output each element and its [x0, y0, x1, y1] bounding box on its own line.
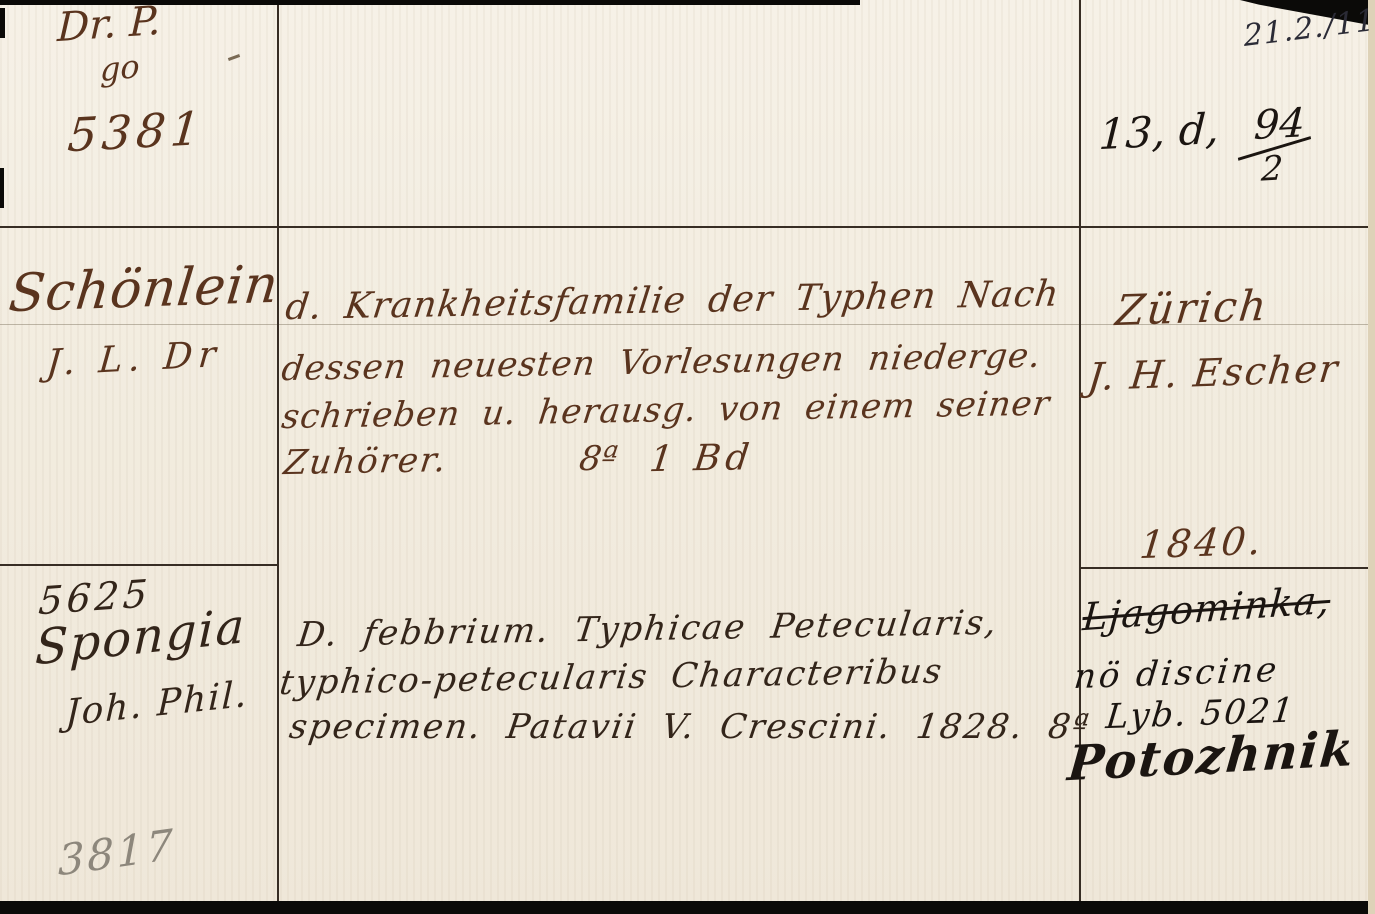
entry2-title-line2: typhico-petecularis Characteribus: [278, 654, 945, 700]
entry1-number: 5381: [66, 105, 207, 158]
shelfmark-prefix: 13, d,: [1098, 104, 1221, 160]
scan-nick-left-2: [0, 168, 4, 208]
entry1-extent: 1 Bd: [648, 440, 756, 478]
entry1-author-initials: J. L. Dr: [45, 337, 223, 382]
entry1-format: 8ª: [577, 442, 620, 476]
entry1-title-line3: schrieben u. herausg. von einem seiner: [280, 387, 1052, 434]
entry2-title-line3: specimen. Patavii V. Crescini. 1828. 8ª: [287, 710, 1093, 744]
entry2-title-line1: D. febbrium. Typhicae Petecularis,: [296, 606, 1000, 652]
horizontal-rule-top: [0, 226, 1375, 228]
catalog-ref: 21.2./117: [1243, 3, 1375, 52]
column-divider-left: [277, 0, 279, 914]
entry1-place: Zürich: [1114, 285, 1271, 332]
card-edge-right: [1368, 0, 1375, 914]
owner-mark-line2: go: [100, 50, 140, 86]
scan-edge-bottom: [0, 901, 1375, 914]
owner-mark-line1: Dr. P.: [57, 1, 162, 48]
entry1-title-line1: d. Krankheitsfamilie der Typhen Nach: [284, 277, 1062, 327]
entry2-author-initials: Joh. Phil.: [65, 677, 249, 733]
catalog-card: Dr. P. go 5381 Schönlein J. L. Dr 5625 S…: [0, 0, 1375, 914]
entry2-signature: Potozhnik: [1066, 725, 1357, 788]
shelfmark-fraction-denominator: 2: [1260, 151, 1283, 186]
scan-nick-left-1: [0, 8, 5, 38]
entry1-author-name: Schönlein: [7, 259, 282, 321]
entry1-title-line2: dessen neuesten Vorlesungen niederge.: [280, 339, 1043, 386]
entry1-title-line4: Zuhörer.: [282, 443, 450, 480]
shelfmark: 13, d, 94 2: [1096, 103, 1314, 196]
pencil-number: 3817: [58, 823, 176, 882]
shelfmark-fraction: 94 2: [1243, 103, 1313, 188]
entry1-year: 1840.: [1138, 522, 1266, 564]
horizontal-rule-left-middle: [0, 564, 278, 566]
entry2-crossed-out: Ljagominka,: [1081, 581, 1331, 637]
entry1-publisher: J. H. Escher: [1086, 349, 1341, 396]
horizontal-rule-right-middle: [1080, 567, 1375, 569]
ink-speck: [228, 54, 240, 61]
entry2-note: nö discine: [1072, 653, 1281, 694]
